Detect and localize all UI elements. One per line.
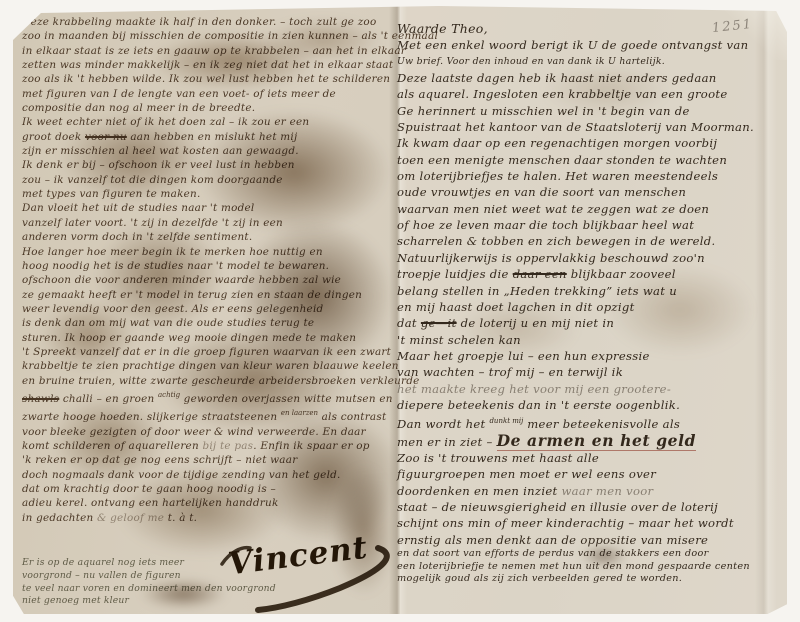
handwritten-line: zou – ik vanzelf tot die dingen kom door…: [22, 173, 392, 187]
handwritten-line: in elkaar staat is ze iets en gaauw op t…: [22, 44, 392, 58]
handwritten-line: troepje luidjes die daar een blijkbaar z…: [397, 266, 779, 282]
handwritten-line: mogelijk goud als zij zich verbeelden ge…: [397, 573, 779, 586]
handwritten-line: zijn er misschien al heel wat kosten aan…: [22, 144, 392, 158]
handwritten-line: Ik denk er bij – ofschoon ik er veel lus…: [22, 158, 392, 172]
handwritten-line: figuurgroepen men moet er wel eens over: [397, 466, 779, 482]
signature-block: Vincent: [220, 530, 420, 620]
handwritten-line: in gedachten & geloof me t. à t.: [22, 511, 392, 525]
text-segment: en laarzen: [281, 409, 318, 417]
text-segment: De armen en het geld: [497, 431, 696, 451]
text-segment: bij te pas: [202, 440, 253, 452]
text-segment: in gedachten: [22, 512, 97, 524]
left-page-text: Deze krabbeling maakte ik half in den do…: [22, 15, 392, 525]
handwritten-line: met types van figuren te maken.: [22, 187, 392, 201]
handwritten-line: staat – de nieuwsgierigheid en illusie o…: [397, 499, 779, 515]
handwritten-line: en dat soort van efforts de perdus van d…: [397, 548, 779, 561]
handwritten-line: Dan wordt het dunkt mij meer beteekenisv…: [397, 413, 779, 432]
text-segment: meer beteekenisvolle als: [523, 417, 680, 431]
handwritten-line: zwarte hooge hoeden. slijkerige straatst…: [22, 406, 392, 424]
handwritten-line: zoo als ik 't hebben wilde. Ik zou wel l…: [22, 72, 392, 86]
text-segment: de loterij u en mij niet in: [457, 316, 615, 330]
handwritten-line: Deze laatste dagen heb ik haast niet and…: [397, 70, 779, 86]
text-segment: dunkt mij: [489, 417, 523, 425]
text-segment: groot doek: [22, 131, 85, 143]
handwritten-line: krabbeltje te zien prachtige dingen van …: [22, 359, 392, 373]
handwritten-line: komt schilderen of aquarelleren bij te p…: [22, 439, 392, 453]
text-segment: t. à t.: [164, 512, 197, 524]
handwritten-line: een loterijbriefje te nemen met hun uit …: [397, 561, 779, 574]
text-segment: daar een: [513, 267, 567, 281]
handwritten-line: compositie dan nog al meer in de breedte…: [22, 101, 392, 115]
handwritten-line: ernstig als men denkt aan de oppositie v…: [397, 532, 779, 548]
handwritten-line: groot doek voor nu aan hebben en mislukt…: [22, 130, 392, 144]
letter-sheet: Deze krabbeling maakte ik half in den do…: [13, 6, 787, 614]
handwritten-line: dat ge—it de loterij u en mij niet in: [397, 315, 779, 331]
handwritten-line: oude vrouwtjes en van die soort van mens…: [397, 184, 779, 200]
handwritten-line: van wachten – trof mij – en terwijl ik: [397, 364, 779, 380]
handwritten-line: Hoe langer hoe meer begin ik te merken h…: [22, 245, 392, 259]
text-segment: voor nu: [85, 131, 127, 143]
handwritten-line: toen een menigte menschen daar stonden t…: [397, 152, 779, 168]
handwritten-line: met figuren van I de lengte van een voet…: [22, 87, 392, 101]
handwritten-line: scharrelen & tobben en zich bewegen in d…: [397, 233, 779, 249]
handwritten-line: ze gemaakt heeft er 't model in terug zi…: [22, 288, 392, 302]
text-segment: aan hebben en mislukt het mij: [127, 131, 298, 143]
handwritten-line: shawls challi – en groen achtig geworden…: [22, 388, 392, 406]
handwritten-line: dat om krachtig door te gaan hoog noodig…: [22, 482, 392, 496]
handwritten-line: Uw brief. Voor den inhoud en van dank ik…: [397, 54, 779, 70]
handwritten-line: en bruine truien, witte zwarte gescheurd…: [22, 374, 392, 388]
handwritten-line: weer levendig voor den geest. Als er een…: [22, 302, 392, 316]
handwritten-line: Ik weet echter niet of ik het doen zal –…: [22, 115, 392, 129]
text-segment: geworden overjassen witte mutsen en: [180, 393, 393, 405]
handwritten-line: 't minst schelen kan: [397, 332, 779, 348]
handwritten-line: men er in ziet – De armen en het geld: [397, 433, 779, 450]
handwritten-line: Spuistraat het kantoor van de Staatslote…: [397, 119, 779, 135]
text-segment: . Enfin ik spaar er op: [253, 440, 369, 452]
handwritten-line: diepere beteekenis dan in 't eerste ooge…: [397, 397, 779, 413]
handwritten-line: anderen vorm doch in 't zelfde sentiment…: [22, 230, 392, 244]
handwritten-line: sturen. Ik hoop er gaande weg mooie ding…: [22, 331, 392, 345]
handwritten-line: Deze krabbeling maakte ik half in den do…: [22, 15, 392, 29]
handwritten-line: 'k reken er op dat ge nog eens schrijft …: [22, 453, 392, 467]
text-segment: Dan wordt het: [397, 417, 489, 431]
text-segment: troepje luidjes die: [397, 267, 513, 281]
handwritten-line: Met een enkel woord berigt ik U de goede…: [397, 37, 779, 53]
handwritten-line: ofschoon die voor anderen minder waarde …: [22, 273, 392, 287]
handwritten-line: Ik kwam daar op een regenachtigen morgen…: [397, 135, 779, 151]
handwritten-line: adieu kerel. ontvang een hartelijken han…: [22, 496, 392, 510]
text-segment: men er in ziet –: [397, 435, 497, 449]
handwritten-line: belang stellen in „Heden trekking” iets …: [397, 283, 779, 299]
handwritten-line: Ge herinnert u misschien wel in 't begin…: [397, 103, 779, 119]
handwritten-line: hoog noodig het is de studies naar 't mo…: [22, 259, 392, 273]
handwritten-line: Zoo is 't trouwens met haast alle: [397, 450, 779, 466]
handwritten-line: zoo in maanden bij misschien de composit…: [22, 29, 392, 43]
handwritten-line: Dan vloeit het uit de studies naar 't mo…: [22, 201, 392, 215]
signature-flourish-icon: [220, 530, 420, 620]
handwritten-line: doch nogmaals dank voor de tijdige zendi…: [22, 468, 392, 482]
text-segment: als contrast: [318, 411, 386, 423]
handwritten-line: het maakte kreeg het voor mij een groote…: [397, 381, 779, 397]
text-segment: ge—it: [421, 316, 457, 330]
handwritten-line: als aquarel. Ingesloten een krabbeltje v…: [397, 86, 779, 102]
handwritten-line: of hoe ze leven maar die toch blijkbaar …: [397, 217, 779, 233]
text-segment: komt schilderen of aquarelleren: [22, 440, 202, 452]
handwritten-line: waarvan men niet weet wat te zeggen wat …: [397, 201, 779, 217]
handwritten-line: voor bleeke gezigten of door weer & wind…: [22, 425, 392, 439]
text-segment: & geloof me: [97, 512, 164, 524]
handwritten-line: vanzelf later voort. 't zij in dezelfde …: [22, 216, 392, 230]
handwritten-line: is denk dan om mij wat van die oude stud…: [22, 316, 392, 330]
handwritten-line: en mij haast doet lagchen in dit opzigt: [397, 299, 779, 315]
handwritten-line: Maar het groepje lui – een hun expressie: [397, 348, 779, 364]
text-segment: achtig: [158, 391, 180, 399]
handwritten-line: Natuurlijkerwijs is oppervlakkig beschou…: [397, 250, 779, 266]
handwritten-line: 't Spreekt vanzelf dat er in die groep f…: [22, 345, 392, 359]
text-segment: shawls: [22, 393, 59, 405]
text-segment: waar men voor: [561, 484, 653, 498]
handwritten-line: zetten was minder makkelijk – en ik zeg …: [22, 58, 392, 72]
text-segment: challi – en groen: [59, 393, 158, 405]
text-segment: dat: [397, 316, 421, 330]
handwritten-line: doordenken en men inziet waar men voor: [397, 483, 779, 499]
handwritten-line: om loterijbriefjes te halen. Het waren m…: [397, 168, 779, 184]
letter-photograph: Deze krabbeling maakte ik half in den do…: [0, 0, 800, 622]
handwritten-line: schijnt ons min of meer kinderachtig – m…: [397, 515, 779, 531]
text-segment: het maakte kreeg het voor mij een groote…: [397, 382, 671, 396]
right-page-text: Waarde Theo,Met een enkel woord berigt i…: [397, 21, 779, 586]
text-segment: zwarte hooge hoeden. slijkerige straatst…: [22, 411, 281, 423]
text-segment: blijkbaar zooveel: [567, 267, 676, 281]
text-segment: doordenken en men inziet: [397, 484, 561, 498]
